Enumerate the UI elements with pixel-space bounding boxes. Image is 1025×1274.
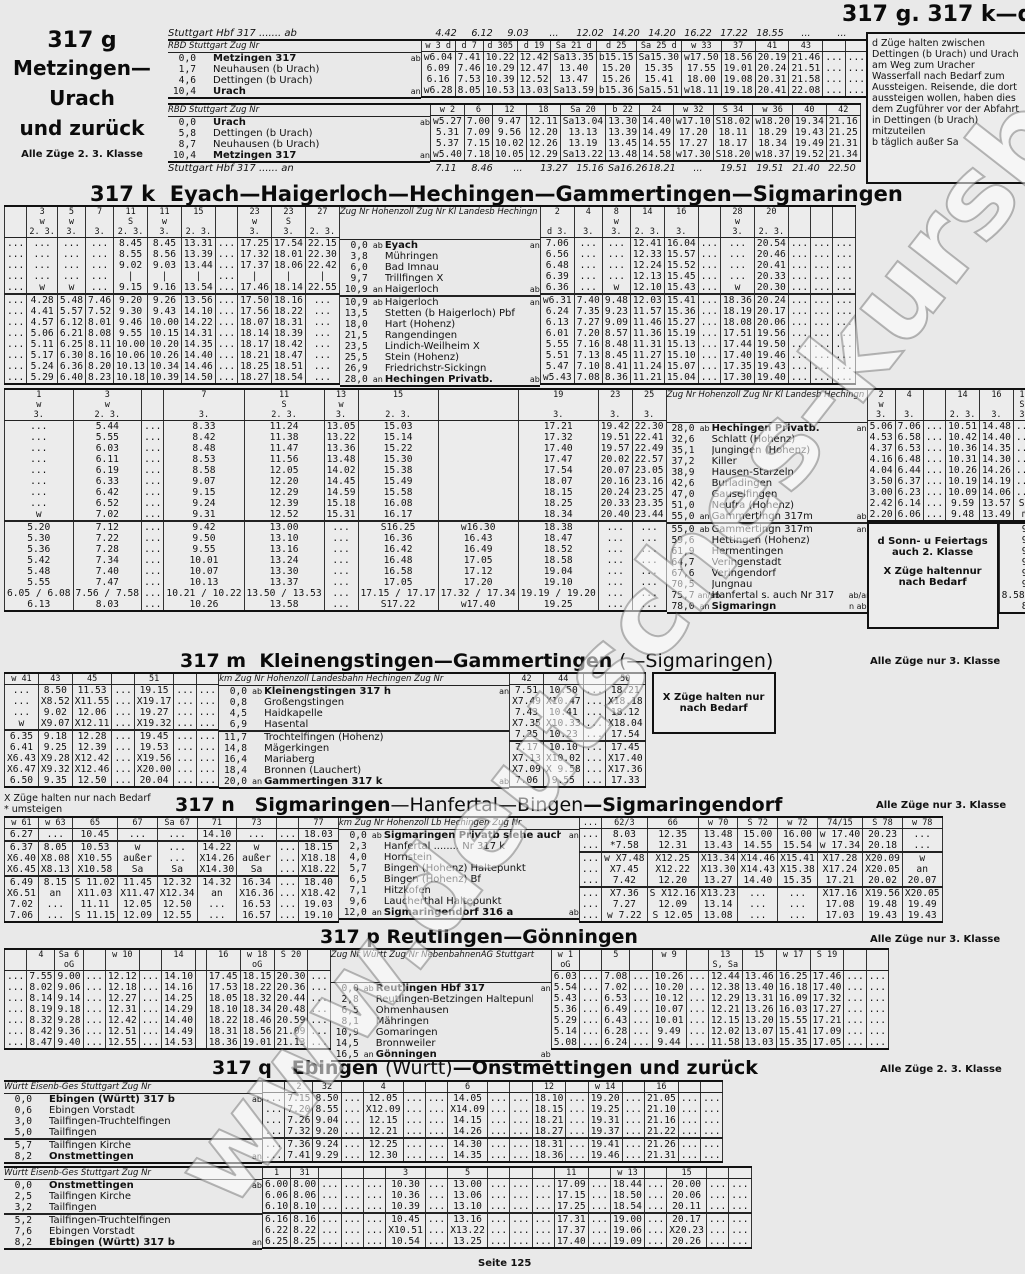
- time-cell: 18.27: [238, 372, 272, 384]
- station-dir-left: [35, 1202, 49, 1213]
- time-cell: 6.10: [263, 1201, 291, 1213]
- station-dir-left: [199, 86, 213, 97]
- station-dir-left: [698, 445, 712, 456]
- train-attr: [29, 960, 52, 970]
- time-cell: 6.49: [602, 1004, 630, 1015]
- station-row: 9,7Trillfingen X: [340, 273, 540, 284]
- time-cell: 15.26: [596, 74, 636, 85]
- time-cell: 13.16: [244, 544, 324, 555]
- timetable-row: 5.427.34...10.0113.24...16.4817.0518.58.…: [5, 555, 667, 566]
- time-cell: 8.08: [86, 328, 114, 339]
- train-attr: 3: [76, 390, 140, 400]
- train-attr: [142, 960, 159, 970]
- station-row: 3,8Mühringen: [340, 251, 540, 262]
- time-cell: ...: [5, 498, 74, 509]
- time-cell: 7.06: [895, 421, 923, 433]
- train-number: d 19: [517, 40, 551, 52]
- time-cell: ...: [788, 238, 810, 250]
- time-cell: ...: [5, 317, 27, 328]
- timetable-row: 5.54...7.02...10.20...12.3813.4016.1817.…: [551, 982, 888, 993]
- time-grid: 232 4 6 12 w 14 16 ...7.158.50...12.05..…: [262, 1080, 723, 1163]
- operator-header: Zug Nr Hohenzoll Zug Nr Kl Landesb Hechi…: [340, 207, 540, 240]
- train-number: [139, 949, 161, 971]
- time-cell: ...: [630, 1037, 652, 1049]
- time-cell: 13.46: [742, 971, 776, 983]
- time-cell: 11.45: [118, 876, 158, 888]
- train-attr: [7, 227, 24, 237]
- time-cell: 16.36: [358, 533, 438, 544]
- timetable-row: ...5.246.368.2010.1310.3414.46...18.2518…: [5, 361, 340, 372]
- time-cell: 9.36: [55, 1026, 83, 1037]
- time-cell: ...: [729, 1190, 751, 1201]
- time-cell: ...: [701, 1138, 723, 1150]
- time-cell: ...: [112, 764, 134, 775]
- time-cell: 13.48: [324, 454, 358, 465]
- time-cell: 3.50: [867, 476, 895, 487]
- train-number: 2: [285, 1081, 313, 1093]
- time-cell: 12.11: [526, 116, 560, 128]
- time-cell: ...: [425, 1236, 447, 1248]
- time-cell: 4.53: [867, 432, 895, 443]
- train-number: 31: [291, 1167, 319, 1179]
- train-attr: [791, 207, 808, 217]
- time-cell: 14.35: [980, 443, 1014, 454]
- time-cell: X12.11: [72, 718, 112, 730]
- time-cell: X20.09: [863, 852, 903, 864]
- time-cell: ...: [510, 1201, 532, 1213]
- station-dir-right: an: [561, 830, 579, 841]
- station-row: 16,4Mariaberg: [219, 754, 509, 765]
- time-cell: 10.34: [148, 361, 182, 372]
- time-cell: ...: [598, 521, 632, 533]
- train-number: [823, 40, 845, 52]
- train-number: [706, 1167, 728, 1179]
- time-cell: 15.41: [664, 294, 698, 306]
- time-cell: 17.30: [721, 372, 755, 384]
- train-number: w 78: [902, 817, 942, 829]
- time-cell: 12.20: [647, 875, 698, 887]
- time-cell: 12.10: [630, 282, 664, 294]
- time-cell: ...: [778, 887, 818, 899]
- time-cell: 15.35: [636, 63, 681, 74]
- time-cell: ...: [833, 328, 855, 339]
- time-cell: 13.19: [560, 138, 605, 149]
- time-cell: 8.48: [602, 339, 630, 350]
- time-cell: 8.55: [114, 249, 148, 260]
- time-cell: 16.57: [237, 910, 277, 922]
- timetable-row: X6.43X9.28X12.42...X19.56......: [5, 753, 219, 764]
- station-row: 0,0abSigmaringen Privatb siehe auchan: [339, 830, 579, 841]
- train-attr: 3.: [635, 410, 664, 420]
- train-attr: 3.: [577, 227, 600, 237]
- time-cell: 15.55: [776, 1015, 810, 1026]
- time-cell: [195, 1037, 206, 1049]
- timetable-row: 6.36...w12.1015.43...w20.30.........: [540, 282, 855, 294]
- time-cell: 19.19 / 19.20: [518, 588, 598, 599]
- time-cell: Sa13.35: [551, 52, 596, 64]
- station-name: Metzingen 317: [213, 150, 412, 161]
- time-cell: 7.47: [73, 577, 142, 588]
- time-cell: 20.30: [274, 971, 308, 983]
- station-km: 55,0: [667, 524, 698, 535]
- station-dir-left: [199, 64, 213, 75]
- time-cell: ...: [510, 1236, 532, 1248]
- time-cell: ...: [5, 294, 27, 306]
- time-cell: 9.55: [164, 544, 244, 555]
- route-title: Ebingen: [292, 1057, 379, 1079]
- station-dir-left: [371, 352, 385, 363]
- time-cell: 14.31: [181, 328, 215, 339]
- time-cell: X12.42: [72, 753, 112, 764]
- time-cell: 12.21: [708, 1004, 742, 1015]
- station-dir-right: [244, 1127, 262, 1138]
- time-cell: 18.52: [518, 544, 598, 555]
- train-attr: w: [870, 400, 893, 410]
- timetable-row: w5.277.009.4712.11Sa13.0413.3014.40w17.1…: [431, 116, 861, 128]
- station-name: Eyach: [385, 240, 522, 251]
- train-attr: [7, 217, 24, 227]
- time-cell: ...: [1013, 487, 1025, 498]
- train-header-row: 4244 50: [510, 673, 646, 685]
- time-cell: X16.36: [237, 888, 277, 899]
- time-cell: ...: [630, 1015, 652, 1026]
- station-row: 75,7an/abHanfertal s. auch Nr 317ab/an: [667, 590, 867, 601]
- time-cell: ...: [532, 1190, 554, 1201]
- feeder-time: Sa16.26: [608, 163, 644, 174]
- time-cell: ...: [698, 271, 720, 282]
- time-cell: 19.04: [518, 566, 598, 577]
- time-cell: 16.58: [358, 566, 438, 577]
- time-cell: ...: [487, 1104, 509, 1115]
- time-cell: w17.30: [674, 149, 714, 161]
- time-cell: ...: [630, 982, 652, 993]
- train-number: 11w3.: [148, 206, 182, 238]
- time-cell: ...: [324, 599, 358, 611]
- train-attr: w 18: [243, 950, 272, 960]
- time-cell: [438, 476, 518, 487]
- operator-header: km Zug Nr Hohenzoll Lb Hechingen Zug Nr: [339, 818, 579, 830]
- station-name: Stetten (b Haigerloch) Pbf: [385, 308, 522, 319]
- time-cell: 18.47: [518, 533, 598, 544]
- time-cell: ...: [788, 328, 810, 339]
- time-cell: 22.41: [632, 432, 666, 443]
- time-cell: ...: [142, 487, 164, 498]
- timetable-317n: w 61w 636567Sa 677173 776.27...10.45....…: [4, 816, 1020, 923]
- station-name: Hausen-Starzeln: [712, 467, 849, 478]
- time-cell: ...: [698, 361, 720, 372]
- time-cell: 17.32: [238, 249, 272, 260]
- station-dir-right: [522, 273, 540, 284]
- time-cell: X13.22: [448, 1225, 488, 1236]
- train-attr: 28: [723, 207, 752, 217]
- time-cell: S 11.15: [72, 910, 117, 922]
- station-dir-right: [491, 719, 509, 730]
- time-cell: 8.45: [602, 350, 630, 361]
- station-name: Hechingen Privatb.: [385, 374, 522, 385]
- time-cell: ...: [5, 685, 39, 697]
- time-cell: 13.36: [324, 443, 358, 454]
- station-dir-left: [698, 546, 712, 557]
- time-cell: ...: [844, 971, 866, 983]
- time-cell: X15.38: [778, 864, 818, 875]
- time-cell: 14.35: [448, 1150, 488, 1162]
- timetable-row: 6.27...10.45......14.10......18.03: [5, 829, 339, 842]
- train-attr: 2. 3.: [361, 410, 436, 420]
- time-cell: ...: [487, 1126, 509, 1138]
- train-attr: [701, 217, 718, 227]
- class-note: Alle Züge 2. 3. Klasse: [880, 1064, 1002, 1075]
- time-grid: w 61w 636567Sa 677173 776.27...10.45....…: [4, 816, 339, 923]
- time-cell: 8.16: [86, 350, 114, 361]
- time-cell: 9.23: [602, 306, 630, 317]
- time-cell: 11.56: [244, 454, 324, 465]
- feeder-time: 15.16: [572, 163, 608, 174]
- time-cell: 18.17: [238, 339, 272, 350]
- time-cell: 13.20: [742, 1015, 776, 1026]
- time-cell: 7.06: [540, 238, 574, 250]
- time-cell: ...: [923, 454, 945, 465]
- time-cell: 10.10: [543, 741, 583, 753]
- station-dir-left: ab: [250, 686, 264, 697]
- station-dir-left: [35, 1180, 49, 1191]
- time-cell: ...: [118, 829, 158, 842]
- time-cell: 9.29: [313, 1150, 341, 1162]
- time-cell: ...: [866, 971, 888, 983]
- time-cell: ...: [5, 421, 74, 433]
- station-km: 2,3: [339, 841, 370, 852]
- time-cell: 14.26: [448, 1126, 488, 1138]
- time-cell: 18.54: [272, 372, 306, 384]
- station-dir-left: [698, 500, 712, 511]
- station-name: Jungnau: [712, 579, 849, 590]
- train-number: Sa 25 d: [636, 40, 681, 52]
- time-cell: ...: [308, 1015, 330, 1026]
- timetable-row: 7.06...S 11.1512.0912.55...16.57...19.10: [5, 910, 339, 922]
- time-cell: ...: [487, 1150, 509, 1162]
- train-number: 5w3.: [57, 206, 85, 238]
- time-cell: ...: [833, 317, 855, 328]
- station-dir-left: [250, 719, 264, 730]
- train-attr: [632, 960, 649, 970]
- train-number: [403, 1081, 425, 1093]
- time-cell: |: [305, 271, 339, 282]
- time-cell: ...: [644, 1225, 666, 1236]
- footnote-d: d Züge halten zwischen Dettingen (b Urac…: [872, 38, 1022, 137]
- time-cell: 7.46: [455, 63, 483, 74]
- station-km: 0,0: [219, 686, 250, 697]
- station-row: 42,6Burladingen: [667, 478, 867, 489]
- time-cell: 19.46: [754, 350, 788, 361]
- station-dir-right: [403, 75, 421, 86]
- time-cell: w: [118, 841, 158, 853]
- train-attr: 16: [667, 207, 696, 217]
- time-cell: 8.02: [27, 982, 55, 993]
- time-cell: 17.32 / 17.34: [438, 588, 518, 599]
- station-dir-right: [244, 1226, 262, 1237]
- time-cell: ...: [598, 588, 632, 599]
- time-cell: 14.10: [181, 306, 215, 317]
- time-cell: ...: [142, 521, 164, 533]
- time-cell: ...: [215, 294, 237, 306]
- train-number: [341, 1081, 363, 1093]
- time-cell: 6.58: [895, 432, 923, 443]
- time-cell: ...: [588, 1201, 610, 1213]
- time-cell: außer: [237, 853, 277, 864]
- train-number: 13w3.: [324, 389, 358, 421]
- timetable-row: ...5.44...8.3311.2413.0515.03 17.2119.42…: [5, 421, 667, 433]
- time-cell: 12.20: [526, 127, 560, 138]
- station-dir-left: [698, 568, 712, 579]
- timetable-317g: Stuttgart Hbf 317 ....... ab4.426.129.03…: [168, 28, 868, 174]
- time-cell: X12.34: [157, 888, 197, 899]
- time-cell: 8.42: [164, 432, 244, 443]
- time-cell: ...: [566, 1150, 588, 1162]
- time-cell: 8.01: [86, 317, 114, 328]
- train-attr: [633, 217, 662, 227]
- train-number: [425, 1167, 447, 1179]
- time-cell: ...: [363, 1236, 385, 1248]
- time-cell: ...: [729, 1225, 751, 1236]
- station-row: 32,6Schlatt (Hohenz): [667, 434, 867, 445]
- station-name: Reutlingen-Betzingen Haltepunkt: [376, 994, 533, 1005]
- time-cell: ...: [598, 566, 632, 577]
- timetable-row: ...7.208.55...X12.09......X14.09......18…: [263, 1104, 723, 1115]
- station-row: 5,0Tailfingen: [4, 1127, 262, 1138]
- train-attr: 3.: [667, 227, 696, 237]
- station-name: Tailfingen Kirche: [49, 1191, 244, 1202]
- time-grid: 2 d 3.4 3.8w3.14 2. 3.16 3. 28w3.20 2. 3…: [540, 205, 856, 385]
- time-cell: ...: [1013, 465, 1025, 476]
- time-cell: 17.31: [554, 1213, 588, 1225]
- train-attr: [164, 960, 193, 970]
- train-number: 20 2. 3.: [754, 206, 788, 238]
- time-cell: ...: [174, 696, 196, 707]
- time-cell: 20.41: [754, 260, 788, 271]
- station-row: 28,0anHechingen Privatb.ab: [340, 374, 540, 385]
- timetable-row: ...7.329.20...12.21......14.26......18.2…: [263, 1126, 723, 1138]
- timetable-row: ...8.429.36...12.51...14.49 18.3118.5621…: [5, 1026, 331, 1037]
- train-number: [263, 1081, 285, 1093]
- station-name: Hechingen Privatb.: [712, 423, 849, 434]
- time-cell: [438, 443, 518, 454]
- page-number: Seite 125: [478, 1258, 531, 1269]
- train-header-row: 1w3.3w2. 3. 7 3.11S2. 3.13w3.15 2. 3. 19…: [5, 389, 667, 421]
- station-dir-right: ab: [244, 1180, 262, 1191]
- train-attr: 1: [7, 390, 71, 400]
- time-cell: ...: [5, 339, 27, 350]
- timetable-row: 5.317.099.5612.2013.1313.3914.4917.2018.…: [431, 127, 861, 138]
- station-km: 78,0: [667, 601, 698, 612]
- time-cell: ...: [1013, 476, 1025, 487]
- station-dir-right: [522, 319, 540, 330]
- route-title-middle: (Württ): [385, 1057, 453, 1079]
- station-dir-left: an: [698, 511, 712, 522]
- timetable-row: 5.477.108.4111.2415.07...17.3519.43.....…: [540, 361, 855, 372]
- station-dir-left: ab: [371, 297, 385, 308]
- train-attr: 11: [247, 390, 322, 400]
- time-cell: ...: [701, 1126, 723, 1138]
- feeder-time: 4.42: [428, 28, 464, 39]
- station-dir-left: [199, 53, 213, 64]
- time-cell: ...: [5, 361, 27, 372]
- time-cell: ...: [142, 421, 164, 433]
- time-cell: 19.37: [588, 1126, 622, 1138]
- station-name: Tailfingen-Truchtelfingen: [49, 1215, 244, 1226]
- time-cell: 12.41: [630, 238, 664, 250]
- timetable-row: 7.5110.50...18.21: [510, 685, 646, 697]
- time-cell: ...: [425, 1093, 447, 1105]
- time-cell: 20.31: [755, 74, 789, 85]
- time-cell: ...: [425, 1201, 447, 1213]
- station-name: Tailfingen-Truchtelfingen: [49, 1116, 244, 1127]
- time-cell: 17.08: [817, 899, 862, 910]
- time-cell: 15.03: [358, 421, 438, 433]
- time-cell: 9.24: [164, 498, 244, 509]
- time-cell: ...: [324, 555, 358, 566]
- time-cell: ...: [305, 350, 339, 361]
- time-cell: Sa13.59: [551, 85, 596, 97]
- time-cell: 10.19: [946, 476, 980, 487]
- train-number: 42: [826, 104, 860, 116]
- station-dir-right: [849, 467, 867, 478]
- time-cell: ...: [263, 1093, 285, 1105]
- time-cell: ...: [38, 829, 72, 842]
- timetable-row: X6.47X9.32X12.46...X20.00......: [5, 764, 219, 775]
- time-cell: w17.40: [438, 599, 518, 611]
- time-cell: 15.30: [358, 454, 438, 465]
- time-cell: 20.06: [667, 1190, 707, 1201]
- station-name: Gammertingen 317 k: [264, 776, 491, 787]
- station-name: Ebingen Vorstadt: [49, 1105, 244, 1116]
- station-dir-left: [199, 128, 213, 139]
- train-number: 5: [602, 949, 630, 971]
- station-name: Lindich-Weilheim X: [385, 341, 522, 352]
- time-cell: ...: [112, 685, 134, 697]
- footnote-b: b täglich außer Sa: [872, 137, 1022, 148]
- time-grid: w 414345 51 ...8.5011.53...19.15........…: [4, 672, 219, 788]
- train-attr: [835, 217, 852, 227]
- time-cell: 12.27: [105, 993, 139, 1004]
- time-cell: ...: [678, 1104, 700, 1115]
- train-attr: [86, 960, 103, 970]
- station-name: Metzingen 317: [213, 53, 403, 64]
- time-cell: w17.50: [682, 52, 722, 64]
- time-cell: 8.19: [27, 1004, 55, 1015]
- time-cell: 10.42: [946, 432, 980, 443]
- train-number: 25 3.: [632, 389, 666, 421]
- time-cell: ...: [823, 63, 845, 74]
- time-cell: 17.33: [605, 775, 645, 787]
- train-attr: S: [116, 217, 145, 227]
- time-cell: ...: [510, 1150, 532, 1162]
- train-attr: [926, 410, 943, 420]
- station-list: Zug Nr Hohenzoll Zug Nr Kl Landesb Hechi…: [667, 388, 867, 614]
- time-cell: S 11.02: [72, 876, 117, 888]
- time-cell: 18.19: [721, 306, 755, 317]
- feeder-time: ...: [788, 28, 824, 39]
- time-cell: 15.13: [664, 339, 698, 350]
- station-dir-left: [362, 1016, 376, 1027]
- time-cell: Sa: [237, 864, 277, 876]
- feeder-time: 21.40: [788, 163, 824, 174]
- time-cell: ...: [174, 764, 196, 775]
- train-attr: Sa 6: [57, 950, 80, 960]
- station-km: 10,9: [340, 297, 371, 308]
- time-cell: 6.06: [263, 1190, 291, 1201]
- station-row: 3,0Tailfingen-Truchtelfingen: [4, 1116, 262, 1127]
- time-cell: 14.10: [162, 971, 196, 983]
- station-km: 8,7: [168, 139, 199, 150]
